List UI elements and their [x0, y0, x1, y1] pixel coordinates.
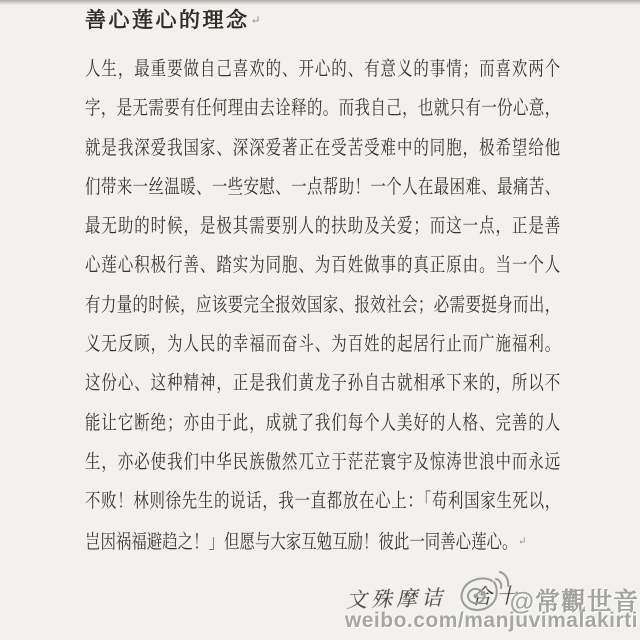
body-line: 能让它断绝；亦由于此，成就了我们每个人美好的人格、完善的人: [85, 410, 560, 449]
body-line-text: 岂因祸福避趋之！」但愿与大家互勉互励！彼此一同善心莲心。: [85, 532, 517, 553]
paragraph-return-mark: ↵: [251, 13, 261, 27]
paragraph-return-mark: ↵: [518, 534, 526, 548]
body-line-text: 这份心、这种精神，正是我们黄龙子孙自古就相承下来的，所以不: [85, 373, 560, 394]
body-line-text: 心莲心积极行善、踏实为同胞、为百姓做事的真正原由。当一个人: [85, 255, 560, 276]
watermark-url: weibo.com/manjuvimalakirti: [345, 609, 638, 633]
body-line: 心莲心积极行善、踏实为同胞、为百姓做事的真正原由。当一个人: [85, 252, 560, 291]
body-line-text: 最无助的时候，是极其需要别人的扶助及关爱；而这一点，正是善: [85, 216, 560, 237]
body-line: 人生，最重要做自己喜欢的、开心的、有意义的事情；而喜欢两个: [85, 56, 560, 95]
body-line-text: 就是我深爱我国家、深深爱著正在受苦受难中的同胞，极希望给他: [85, 138, 560, 159]
body-line-text: 不败！林则徐先生的说话，我一直都放在心上：「苟利国家生死以，: [85, 491, 560, 512]
document-body: 人生，最重要做自己喜欢的、开心的、有意义的事情；而喜欢两个 字，是无需要有任何理…: [85, 56, 560, 567]
document-title: 善心莲心的理念↵: [85, 6, 261, 34]
body-line-last: 岂因祸福避趋之！」但愿与大家互勉互励！彼此一同善心莲心。↵: [85, 528, 560, 567]
document-title-text: 善心莲心的理念: [85, 8, 250, 32]
body-line: 们带来一丝温暖、一些安慰、一点帮助！一个人在最困难、最痛苦、: [85, 174, 560, 213]
body-line-text: 字，是无需要有任何理由去诠释的。而我自己，也就只有一份心意，: [85, 98, 560, 119]
body-line: 有力量的时候，应该要完全报效国家、报效社会；必需要挺身而出，: [85, 292, 560, 331]
body-line-text: 们带来一丝温暖、一些安慰、一点帮助！一个人在最困难、最痛苦、: [85, 177, 560, 198]
body-line: 字，是无需要有任何理由去诠释的。而我自己，也就只有一份心意，: [85, 95, 560, 134]
body-line: 义无反顾，为人民的幸福而奋斗、为百姓的起居行止而广施福利。: [85, 331, 560, 370]
body-line: 不败！林则徐先生的说话，我一直都放在心上：「苟利国家生死以，: [85, 488, 560, 527]
body-line-text: 生，亦必使我们中华民族傲然兀立于茫茫寰宇及惊涛世浪中而永远: [85, 452, 560, 473]
body-line: 生，亦必使我们中华民族傲然兀立于茫茫寰宇及惊涛世浪中而永远: [85, 449, 560, 488]
scanned-document-page: 善心莲心的理念↵ 人生，最重要做自己喜欢的、开心的、有意义的事情；而喜欢两个 字…: [0, 0, 640, 640]
body-line-text: 能让它断绝；亦由于此，成就了我们每个人美好的人格、完善的人: [85, 413, 560, 434]
body-line-text: 义无反顾，为人民的幸福而奋斗、为百姓的起居行止而广施福利。: [85, 334, 560, 355]
body-line: 就是我深爱我国家、深深爱著正在受苦受难中的同胞，极希望给他: [85, 135, 560, 174]
body-line-text: 有力量的时候，应该要完全报效国家、报效社会；必需要挺身而出，: [85, 295, 560, 316]
scan-edge-shadow: [0, 0, 640, 5]
body-line: 最无助的时候，是极其需要别人的扶助及关爱；而这一点，正是善: [85, 213, 560, 252]
body-line-text: 人生，最重要做自己喜欢的、开心的、有意义的事情；而喜欢两个: [85, 59, 560, 80]
body-line: 这份心、这种精神，正是我们黄龙子孙自古就相承下来的，所以不: [85, 370, 560, 409]
